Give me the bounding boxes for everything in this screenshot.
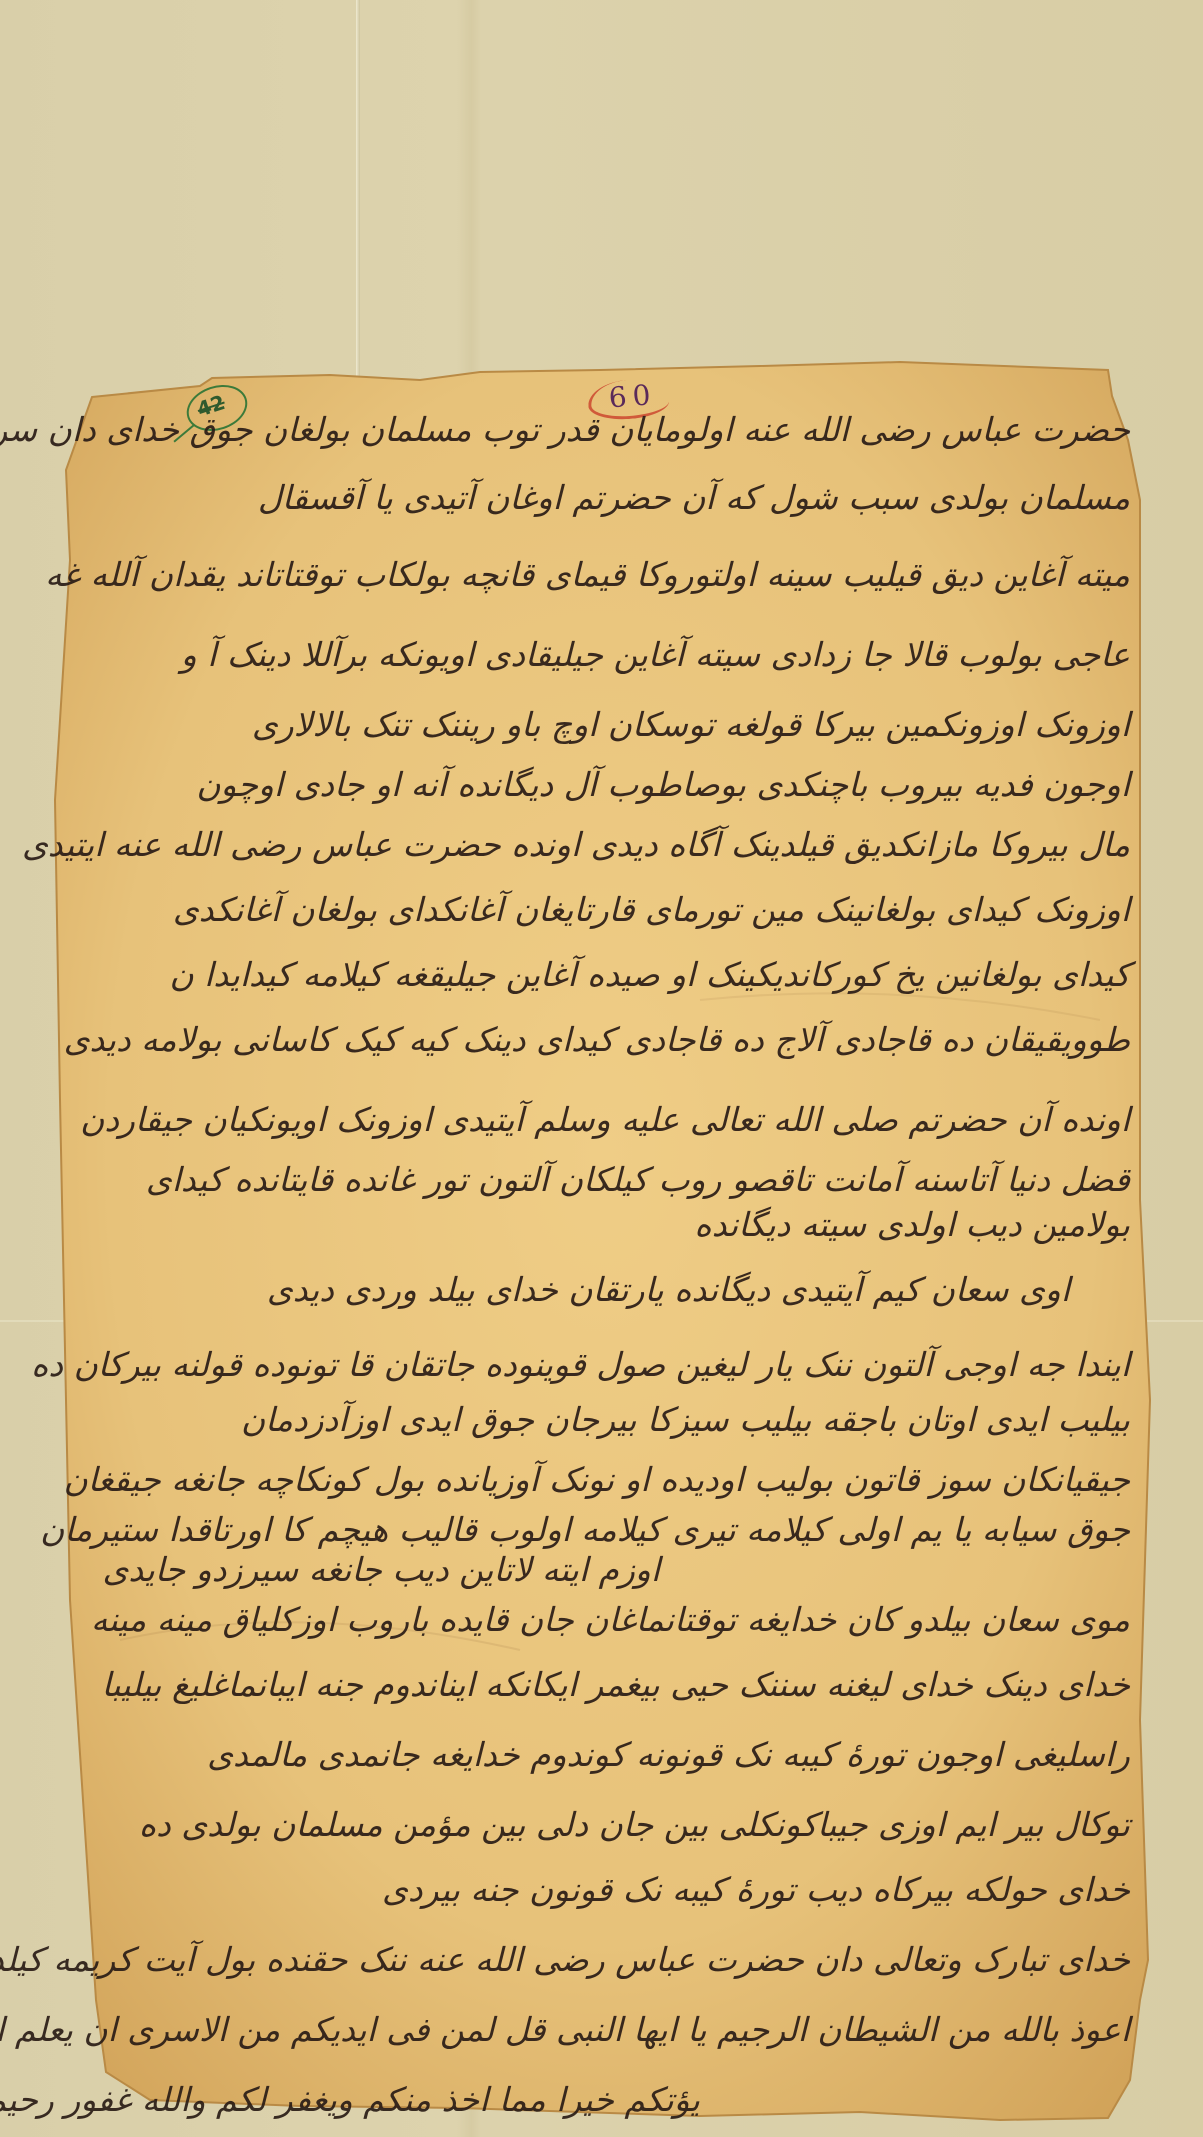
text-line: اونده آن حضرتم صلی الله تعالی علیه وسلم …	[80, 1100, 1130, 1139]
text-line: موی سعان بیلدو کان خدایغه توقتانماغان جا…	[91, 1600, 1130, 1639]
text-line: مال بیروکا مازانکدیق قیلدینک آگاه دیدی ا…	[22, 825, 1130, 864]
folio-number: 60	[608, 378, 658, 414]
text-line: ایندا جه اوجی آلتون ننک یار لیغین صول قو…	[31, 1345, 1130, 1384]
text-line: اوزونک کیدای بولغانینک مین تورمای قارتای…	[173, 890, 1130, 929]
text-line: خدای دینک خدای لیغنه سننک حیی بیغمر ایکا…	[101, 1665, 1130, 1704]
text-line: اوی سعان کیم آیتیدی دیگانده یارتقان خدای…	[267, 1270, 1070, 1309]
text-line: خدای تبارک وتعالی دان حضرت عباس رضی الله…	[0, 1940, 1130, 1979]
text-line: بیلیب ایدی اوتان باجقه بیلیب سیزکا بیرجا…	[241, 1400, 1130, 1439]
text-line: حضرت عباس رضی الله عنه اولومایان قدر توب…	[0, 410, 1130, 449]
text-line: عاجی بولوب قالا جا زدادی سیته آغاین جیلی…	[181, 635, 1130, 674]
text-line: اوزونک اوزونکمین بیرکا قولغه توسکان اوچ …	[252, 705, 1130, 744]
text-line: قضل دنیا آتاسنه آمانت تاقصو روب کیلکان آ…	[146, 1160, 1130, 1199]
text-line: طوویقیقان ده قاجادی آلاج ده قاجادی کیدای…	[64, 1020, 1130, 1059]
text-line: اوزم ایته لاتاین دیب جانغه سیرزدو جایدی	[103, 1550, 661, 1589]
text-line: راسلیغی اوجون تورهٔ کیبه نک قونونه کوندو…	[207, 1735, 1130, 1774]
text-line: اوجون فدیه بیروب باچنکدی بوصاطوب آل دیگا…	[196, 765, 1130, 804]
text-line: خدای حولکه بیرکاه دیب تورهٔ کیبه نک قونو…	[382, 1870, 1130, 1909]
manuscript-page: 42 60 حضرت عباس رضی الله عنه اولومایان ق…	[0, 0, 1203, 2137]
text-line: میته آغاین دیق قیلیب سینه اولتوروکا قیما…	[45, 555, 1130, 594]
text-line: بولامین دیب اولدی سیته دیگانده	[694, 1205, 1130, 1244]
text-line: یؤتکم خیرا مما اخذ منکم ویغفر لکم والله …	[0, 2080, 700, 2119]
text-line: توکال بیر ایم اوزی جیباکونکلی بین جان دل…	[139, 1805, 1130, 1844]
text-line: مسلمان بولدی سبب شول که آن حضرتم اوغان آ…	[258, 478, 1130, 517]
text-line: جیقیانکان سوز قاتون بولیب اودیده او نونک…	[64, 1460, 1131, 1499]
text-line: کیدای بولغانین یخ کورکاندیکینک او صیده آ…	[169, 955, 1130, 994]
text-line: اعوذ بالله من الشیطان الرجیم یا ایها الن…	[0, 2010, 1130, 2049]
text-line: جوق سیابه یا یم اولی کیلامه تیری کیلامه …	[40, 1510, 1130, 1549]
